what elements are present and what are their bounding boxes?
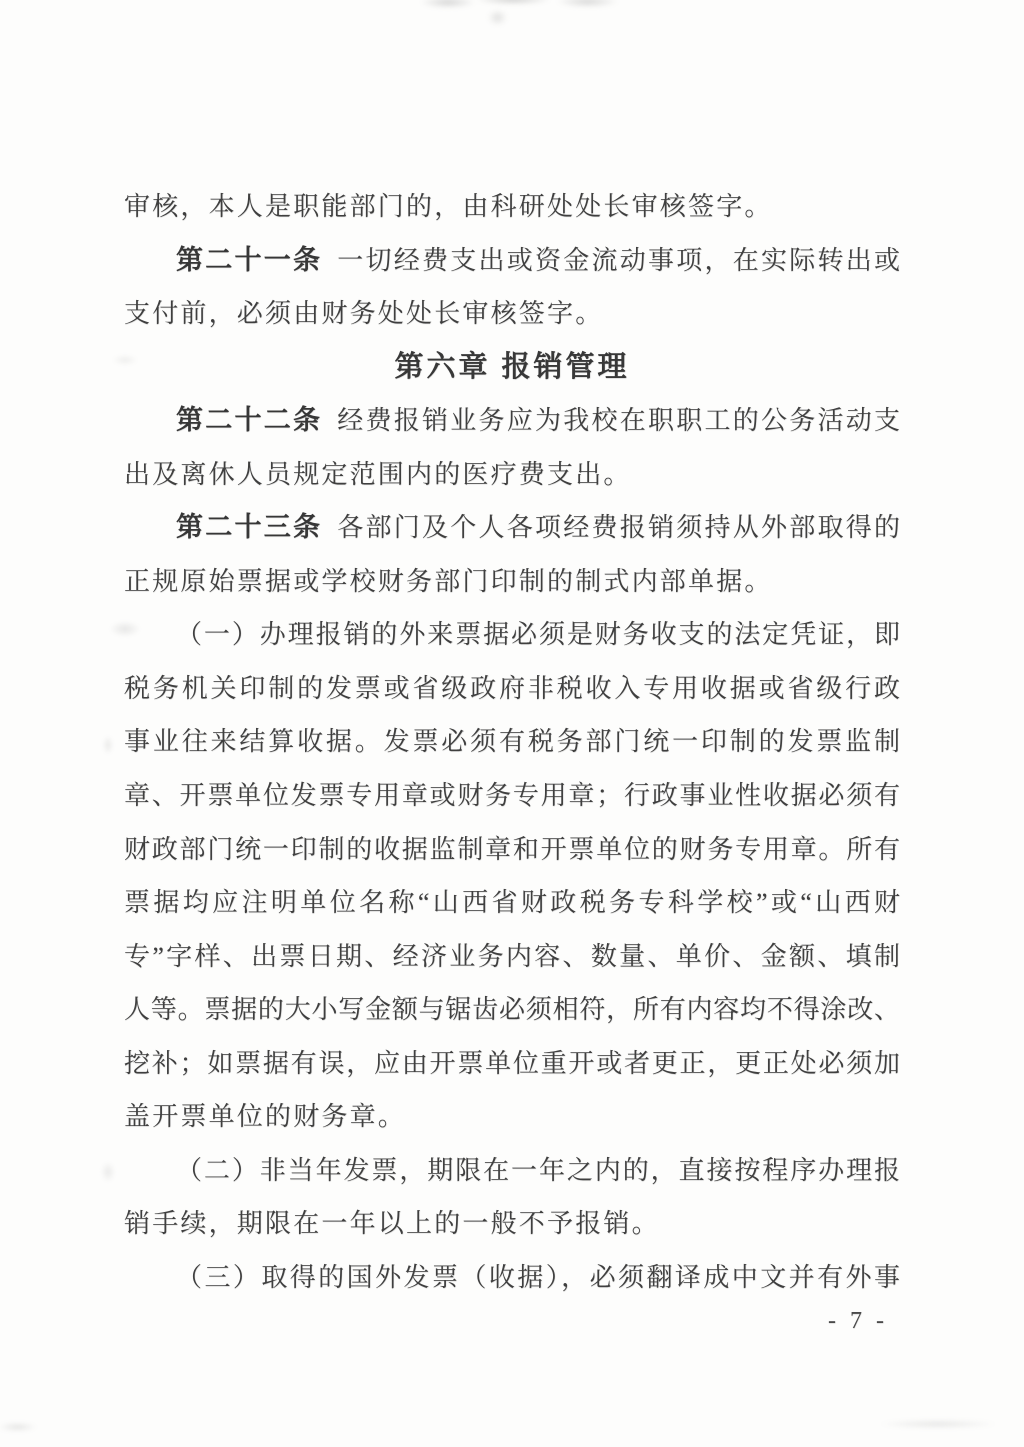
chapter-heading: 第六章 报销管理 bbox=[124, 341, 900, 395]
document-line: 挖补；如票据有误，应由开票单位重开或者更正，更正处必须加 bbox=[124, 1037, 900, 1091]
article-number: 第二十三条 bbox=[176, 512, 322, 542]
scan-noise-bottom-left bbox=[0, 1420, 46, 1434]
document-line: （一）办理报销的外来票据必须是财务收支的法定凭证，即 bbox=[124, 608, 900, 662]
document-line: 第二十二条经费报销业务应为我校在职职工的公务活动支 bbox=[124, 394, 900, 448]
document-line: 专”字样、出票日期、经济业务内容、数量、单价、金额、填制 bbox=[124, 930, 900, 984]
text-block: 审核，本人是职能部门的，由科研处处长审核签字。第二十一条一切经费支出或资金流动事… bbox=[124, 180, 900, 1304]
document-line: 销手续，期限在一年以上的一般不予报销。 bbox=[124, 1197, 900, 1251]
scan-speck bbox=[100, 732, 116, 758]
page-number: - 7 - bbox=[798, 1301, 918, 1341]
document-line: 章、开票单位发票专用章或财务专用章；行政事业性收据必须有 bbox=[124, 769, 900, 823]
article-number: 第二十二条 bbox=[176, 405, 322, 435]
document-line: （三）取得的国外发票（收据），必须翻译成中文并有外事 bbox=[124, 1251, 900, 1305]
line-text: 一切经费支出或资金流动事项，在实际转出或 bbox=[337, 246, 900, 275]
scan-speck bbox=[98, 1158, 118, 1186]
document-line: 审核，本人是职能部门的，由科研处处长审核签字。 bbox=[124, 180, 900, 234]
scanned-page: 审核，本人是职能部门的，由科研处处长审核签字。第二十一条一切经费支出或资金流动事… bbox=[0, 0, 1024, 1447]
document-line: 票据均应注明单位名称“山西省财政税务专科学校”或“山西财 bbox=[124, 876, 900, 930]
article-number: 第二十一条 bbox=[176, 245, 322, 275]
document-line: 第二十一条一切经费支出或资金流动事项，在实际转出或 bbox=[124, 234, 900, 288]
document-line: 支付前，必须由财务处处长审核签字。 bbox=[124, 287, 900, 341]
document-line: 出及离休人员规定范围内的医疗费支出。 bbox=[124, 448, 900, 502]
document-line: 第二十三条各部门及个人各项经费报销须持从外部取得的 bbox=[124, 501, 900, 555]
scan-noise-top bbox=[412, 0, 637, 26]
document-line: 财政部门统一印制的收据监制章和开票单位的财务专用章。所有 bbox=[124, 823, 900, 877]
document-line: 事业往来结算收据。发票必须有税务部门统一印制的发票监制 bbox=[124, 715, 900, 769]
document-line: （二）非当年发票，期限在一年之内的，直接按程序办理报 bbox=[124, 1144, 900, 1198]
scan-noise-bottom-right bbox=[852, 1416, 1024, 1432]
document-line: 人等。票据的大小写金额与锯齿必须相符，所有内容均不得涂改、 bbox=[124, 983, 900, 1037]
document-line: 盖开票单位的财务章。 bbox=[124, 1090, 900, 1144]
document-line: 正规原始票据或学校财务部门印制的制式内部单据。 bbox=[124, 555, 900, 609]
line-text: 经费报销业务应为我校在职职工的公务活动支 bbox=[337, 406, 900, 435]
document-line: 税务机关印制的发票或省级政府非税收入专用收据或省级行政 bbox=[124, 662, 900, 716]
line-text: 各部门及个人各项经费报销须持从外部取得的 bbox=[337, 513, 900, 542]
